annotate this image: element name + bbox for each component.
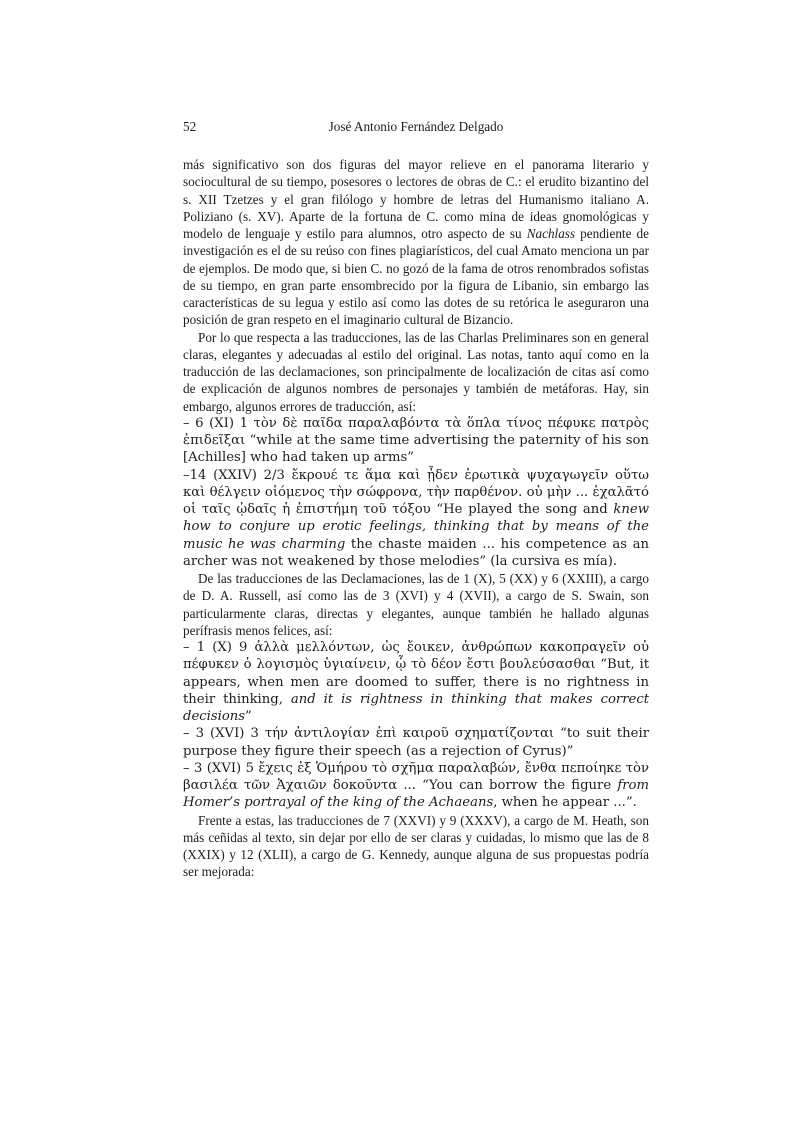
text-run: Frente a estas, las traducciones de 7 (X… <box>183 813 649 880</box>
perifrasis-item-1: – 1 (X) 9 ἀλλὰ μελλόντων, ὡς ἔοικεν, ἀνθ… <box>183 639 649 725</box>
text-run: Por lo que respecta a las traducciones, … <box>183 330 649 414</box>
text-run: –14 (XXIV) 2/3 ἔκρουέ τε ἅμα καὶ ᾖδεν ἐρ… <box>183 468 649 518</box>
paragraph-heath-kennedy: Frente a estas, las traducciones de 7 (X… <box>183 812 649 881</box>
text-run: ” <box>245 709 252 724</box>
text-run: – 3 (XVI) 3 τήν ἀντιλογίαν ἐπὶ καιροῦ σχ… <box>183 726 649 758</box>
text-run: – 6 (XI) 1 τὸν δὲ παῖδα παραλαβόντα τὰ ὅ… <box>183 416 649 466</box>
text-run: De las traducciones de las Declamaciones… <box>183 571 649 638</box>
text-run-italic: Nachlass <box>527 226 575 241</box>
running-title: José Antonio Fernández Delgado <box>183 119 649 135</box>
perifrasis-item-2: – 3 (XVI) 3 τήν ἀντιλογίαν ἐπὶ καιροῦ σχ… <box>183 725 649 760</box>
paragraph-charlas-preliminares: Por lo que respecta a las traducciones, … <box>183 329 649 415</box>
page-number: 52 <box>183 119 196 135</box>
perifrasis-item-3: – 3 (XVI) 5 ἔχεις ἐξ Ὁμήρου τὸ σχῆμα παρ… <box>183 760 649 812</box>
paragraph-continuation: más significativo son dos figuras del ma… <box>183 156 649 329</box>
document-page: 52 José Antonio Fernández Delgado más si… <box>0 0 800 1131</box>
text-run: – 3 (XVI) 5 ἔχεις ἐξ Ὁμήρου τὸ σχῆμα παρ… <box>183 761 649 793</box>
text-run: , when he appear ...”. <box>493 795 637 810</box>
page-header: 52 José Antonio Fernández Delgado <box>183 119 649 137</box>
translation-error-item-2: –14 (XXIV) 2/3 ἔκρουέ τε ἅμα καὶ ᾖδεν ἐρ… <box>183 467 649 571</box>
page-body: más significativo son dos figuras del ma… <box>183 156 649 881</box>
text-run: pendiente de investigación es el de su r… <box>183 226 649 327</box>
paragraph-declamaciones: De las traducciones de las Declamaciones… <box>183 570 649 639</box>
translation-error-item-1: – 6 (XI) 1 τὸν δὲ παῖδα παραλαβόντα τὰ ὅ… <box>183 415 649 467</box>
